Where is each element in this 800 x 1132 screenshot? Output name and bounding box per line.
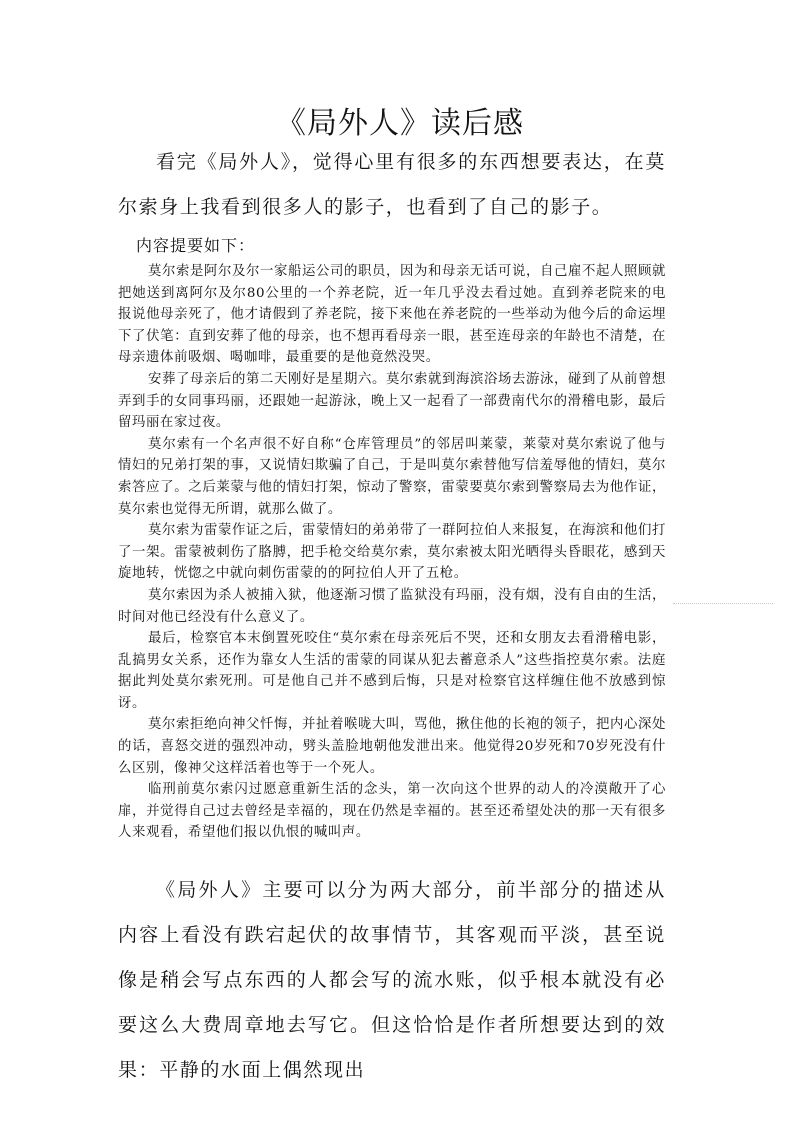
- summary-section: 莫尔索是阿尔及尔一家船运公司的职员，因为和母亲无话可说，自己雇不起人照顾就把她送…: [118, 261, 666, 844]
- summary-paragraph: 安葬了母亲后的第二天刚好是星期六。莫尔索就到海滨浴场去游泳，碰到了从前曾想弄到手…: [118, 369, 666, 434]
- summary-paragraph: 莫尔索因为杀人被捕入狱，他逐渐习惯了监狱没有玛丽，没有烟，没有自由的生活，时间对…: [118, 585, 666, 628]
- summary-paragraph: 临刑前莫尔索闪过愿意重新生活的念头，第一次向这个世界的动人的冷漠敞开了心扉，并觉…: [118, 779, 666, 844]
- essay-paragraph: 《局外人》主要可以分为两大部分，前半部分的描述从内容上看没有跌宕起伏的故事情节，…: [118, 868, 666, 1093]
- summary-paragraph: 莫尔索为雷蒙作证之后，雷蒙情妇的弟弟带了一群阿拉伯人来报复，在海滨和他们打了一架…: [118, 520, 666, 585]
- summary-paragraph: 莫尔索有一个名声很不好自称“仓库管理员”的邻居叫莱蒙，莱蒙对莫尔索说了他与情妇的…: [118, 434, 666, 520]
- intro-paragraph: 看完《局外人》，觉得心里有很多的东西想要表达，在莫尔索身上我看到很多人的影子，也…: [118, 140, 666, 230]
- dotted-divider: [673, 603, 773, 604]
- summary-heading: 内容提要如下：: [136, 233, 255, 256]
- summary-paragraph: 莫尔索是阿尔及尔一家船运公司的职员，因为和母亲无话可说，自己雇不起人照顾就把她送…: [118, 261, 666, 369]
- document-page: 《局外人》读后感 看完《局外人》，觉得心里有很多的东西想要表达，在莫尔索身上我看…: [0, 0, 800, 1132]
- document-title: 《局外人》读后感: [0, 98, 800, 142]
- summary-paragraph: 最后，检察官本末倒置死咬住“莫尔索在母亲死后不哭，还和女朋友去看滑稽电影，乱搞男…: [118, 628, 666, 714]
- summary-paragraph: 莫尔索拒绝向神父忏悔，并扯着喉咙大叫，骂他，揪住他的长袍的领子，把内心深处的话，…: [118, 714, 666, 779]
